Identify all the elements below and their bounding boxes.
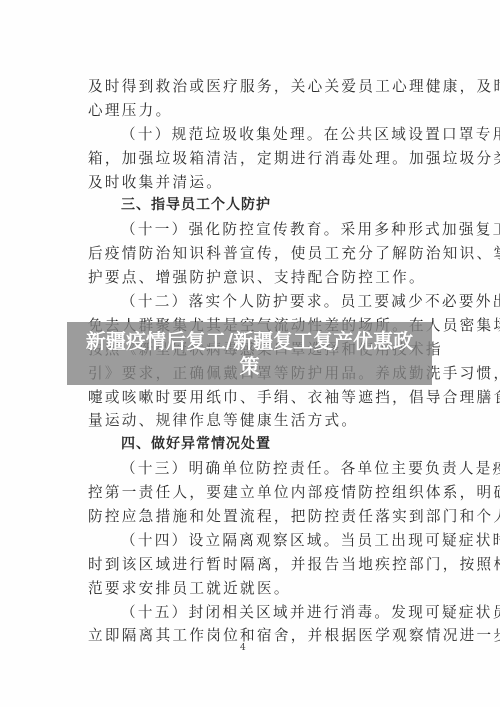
document-line: （十五）封闭相关区域并进行消毒。发现可疑症状员工后， xyxy=(88,601,430,625)
document-line: 防控应急措施和处置流程，把防控责任落实到部门和个人。 xyxy=(88,505,430,529)
document-line: 量运动、规律作息等健康生活方式。 xyxy=(88,409,430,433)
document-line: 后疫情防治知识科普宣传，使员工充分了解防治知识、掌握防 xyxy=(88,242,430,266)
page-number: 4 xyxy=(240,643,246,653)
section-heading: 三、指导员工个人防护 xyxy=(88,194,430,218)
document-line: （十一）强化防控宣传教育。采用多种形式加强复工复产 xyxy=(88,218,430,242)
title-overlay-banner: 新疆疫情后复工/新疆复工复产优惠政策 xyxy=(67,322,432,385)
document-line: 控第一责任人，要建立单位内部疫情防控组织体系，明确疫情 xyxy=(88,481,430,505)
document-line: 箱，加强垃圾箱清洁，定期进行消毒处理。加强垃圾分类管理， xyxy=(88,147,430,171)
document-line: （十四）设立隔离观察区域。当员工出现可疑症状时，及 xyxy=(88,529,430,553)
document-line: 范要求安排员工就近就医。 xyxy=(88,577,430,601)
document-line: （十二）落实个人防护要求。员工要减少不必要外出，避 xyxy=(88,290,430,314)
document-line: 嚏或咳嗽时要用纸巾、手绢、衣袖等遮挡，倡导合理膳食、适 xyxy=(88,386,430,410)
document-line: 及时收集并清运。 xyxy=(88,171,430,195)
document-line: 立即隔离其工作岗位和宿舍，并根据医学观察情况进一步封闭 xyxy=(88,624,430,648)
document-line: 护要点、增强防护意识、支持配合防控工作。 xyxy=(88,266,430,290)
document-line: 时到该区域进行暂时隔离，并报告当地疾控部门，按照相关规 xyxy=(88,553,430,577)
document-line: 心理压力。 xyxy=(88,99,430,123)
document-line: （十）规范垃圾收集处理。在公共区域设置口罩专用回收 xyxy=(88,123,430,147)
section-heading: 四、做好异常情况处置 xyxy=(88,433,430,457)
document-line: 及时得到救治或医疗服务，关心关爱员工心理健康，及时疏解 xyxy=(88,75,430,99)
overlay-title: 新疆疫情后复工/新疆复工复产优惠政策 xyxy=(80,329,420,379)
document-line: （十三）明确单位防控责任。各单位主要负责人是疫情防 xyxy=(88,457,430,481)
